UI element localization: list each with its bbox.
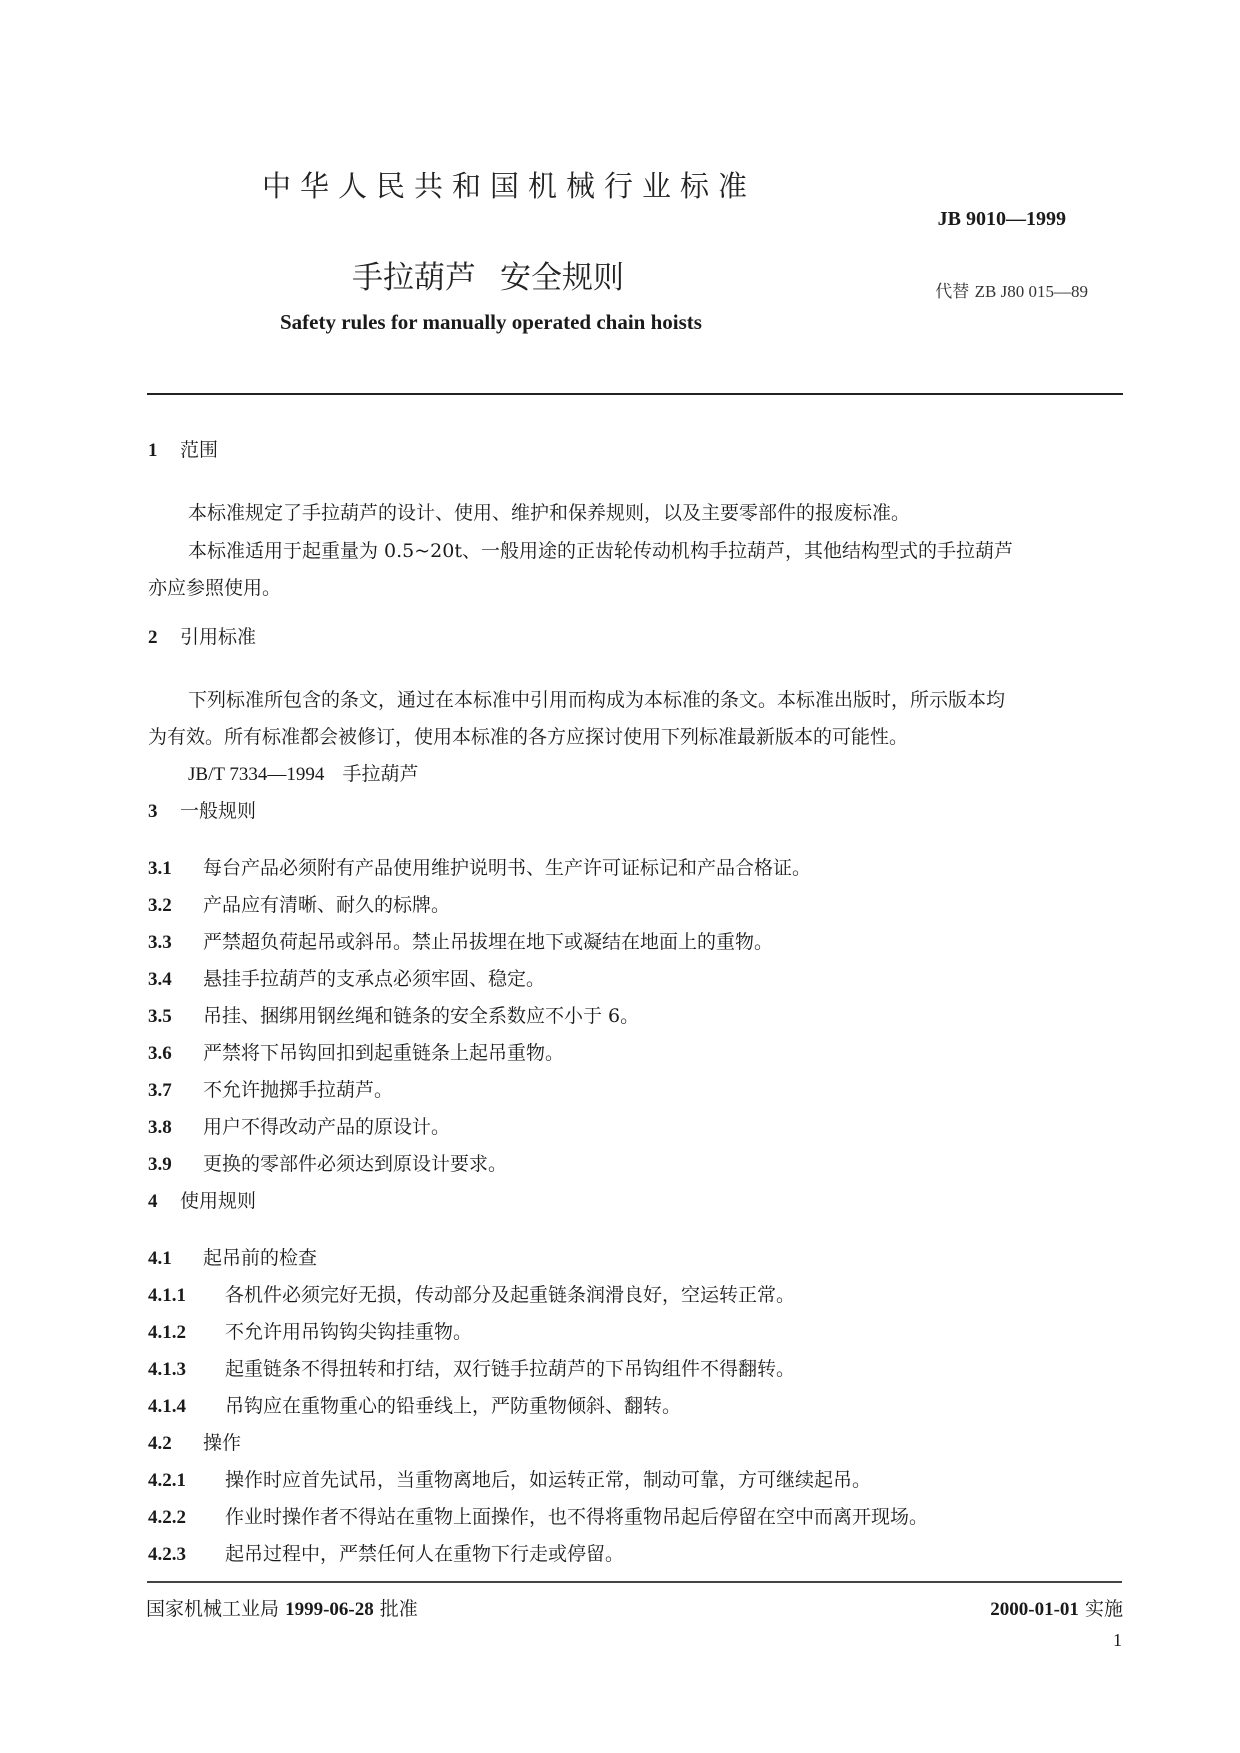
clause-text: 吊挂、捆绑用钢丝绳和链条的安全系数应不小于 6。 — [203, 1005, 639, 1027]
paragraph: 下列标准所包含的条文，通过在本标准中引用而构成为本标准的条文。本标准出版时，所示… — [188, 682, 1163, 719]
clause-3-6: 3.6严禁将下吊钩回扣到起重链条上起吊重物。 — [148, 1035, 564, 1072]
clause-4-2-2: 4.2.2作业时操作者不得站在重物上面操作，也不得将重物吊起后停留在空中而离开现… — [148, 1499, 928, 1536]
paragraph-continuation: 亦应参照使用。 — [148, 570, 1123, 607]
title-part-1: 手拉葫芦 — [352, 260, 476, 296]
clause-number: 4.2.3 — [148, 1536, 225, 1573]
subsection-number: 4.2 — [148, 1425, 203, 1462]
paragraph: 本标准适用于起重量为 0.5~20t、一般用途的正齿轮传动机构手拉葫芦，其他结构… — [188, 533, 1163, 570]
clause-text: 操作时应首先试吊，当重物离地后，如运转正常，制动可靠，方可继续起吊。 — [225, 1469, 871, 1491]
subsection-title: 起吊前的检查 — [203, 1247, 317, 1269]
section-heading-3: 3一般规则 — [148, 793, 256, 830]
clause-text: 作业时操作者不得站在重物上面操作，也不得将重物吊起后停留在空中而离开现场。 — [225, 1506, 928, 1528]
clause-number: 4.2.2 — [148, 1499, 225, 1536]
clause-number: 3.1 — [148, 850, 203, 887]
issuing-authority-title: 中华人民共和国机械行业标准 — [262, 164, 756, 205]
effective-label: 实施 — [1085, 1598, 1123, 1620]
clause-text: 起重链条不得扭转和打结，双行链手拉葫芦的下吊钩组件不得翻转。 — [225, 1358, 795, 1380]
clause-number: 3.8 — [148, 1109, 203, 1146]
clause-3-3: 3.3严禁超负荷起吊或斜吊。禁止吊拔埋在地下或凝结在地面上的重物。 — [148, 924, 773, 961]
section-number: 3 — [148, 793, 180, 830]
referenced-standard-code: JB/T 7334—1994 — [188, 764, 324, 785]
clause-text: 起吊过程中，严禁任何人在重物下行走或停留。 — [225, 1543, 624, 1565]
clause-text: 严禁超负荷起吊或斜吊。禁止吊拔埋在地下或凝结在地面上的重物。 — [203, 931, 773, 953]
clause-4-2-3: 4.2.3起吊过程中，严禁任何人在重物下行走或停留。 — [148, 1536, 624, 1573]
effective-info: 2000-01-01 实施 — [990, 1594, 1123, 1621]
section-heading-1: 1范围 — [148, 432, 218, 469]
clause-4-1-1: 4.1.1各机件必须完好无损，传动部分及起重链条润滑良好，空运转正常。 — [148, 1277, 795, 1314]
paragraph: 本标准规定了手拉葫芦的设计、使用、维护和保养规则，以及主要零部件的报废标准。 — [188, 495, 1163, 532]
clause-text: 每台产品必须附有产品使用维护说明书、生产许可证标记和产品合格证。 — [203, 857, 811, 879]
clause-number: 4.2.1 — [148, 1462, 225, 1499]
effective-date: 2000-01-01 — [990, 1599, 1079, 1620]
replaces-code: ZB J80 015—89 — [975, 282, 1088, 301]
clause-3-2: 3.2产品应有清晰、耐久的标牌。 — [148, 887, 450, 924]
approval-date: 1999-06-28 — [285, 1599, 374, 1620]
section-number: 1 — [148, 432, 180, 469]
section-title: 使用规则 — [180, 1190, 256, 1212]
standard-code: JB 9010—1999 — [938, 208, 1066, 231]
section-title: 一般规则 — [180, 800, 256, 822]
section-title: 范围 — [180, 439, 218, 461]
subsection-number: 4.1 — [148, 1240, 203, 1277]
document-title-cn: 手拉葫芦安全规则 — [352, 252, 624, 297]
subsection-4-1: 4.1起吊前的检查 — [148, 1240, 317, 1277]
clause-number: 4.1.1 — [148, 1277, 225, 1314]
section-number: 4 — [148, 1183, 180, 1220]
clause-text: 悬挂手拉葫芦的支承点必须牢固、稳定。 — [203, 968, 545, 990]
clause-3-9: 3.9更换的零部件必须达到原设计要求。 — [148, 1146, 507, 1183]
section-title: 引用标准 — [180, 626, 256, 648]
clause-3-1: 3.1每台产品必须附有产品使用维护说明书、生产许可证标记和产品合格证。 — [148, 850, 811, 887]
clause-text: 吊钩应在重物重心的铅垂线上，严防重物倾斜、翻转。 — [225, 1395, 681, 1417]
paragraph-continuation: 为有效。所有标准都会被修订，使用本标准的各方应探讨使用下列标准最新版本的可能性。 — [148, 719, 1123, 756]
clause-3-8: 3.8用户不得改动产品的原设计。 — [148, 1109, 450, 1146]
issuer: 国家机械工业局 — [146, 1598, 279, 1620]
subsection-4-2: 4.2操作 — [148, 1425, 241, 1462]
replaces-label: 代替 — [935, 282, 969, 302]
clause-text: 更换的零部件必须达到原设计要求。 — [203, 1153, 507, 1175]
clause-text: 产品应有清晰、耐久的标牌。 — [203, 894, 450, 916]
clause-number: 3.4 — [148, 961, 203, 998]
clause-4-1-2: 4.1.2不允许用吊钩钩尖钩挂重物。 — [148, 1314, 472, 1351]
section-heading-4: 4使用规则 — [148, 1183, 256, 1220]
clause-4-2-1: 4.2.1操作时应首先试吊，当重物离地后，如运转正常，制动可靠，方可继续起吊。 — [148, 1462, 871, 1499]
clause-number: 3.2 — [148, 887, 203, 924]
clause-number: 4.1.3 — [148, 1351, 225, 1388]
clause-number: 4.1.2 — [148, 1314, 225, 1351]
clause-4-1-3: 4.1.3起重链条不得扭转和打结，双行链手拉葫芦的下吊钩组件不得翻转。 — [148, 1351, 795, 1388]
clause-3-7: 3.7不允许抛掷手拉葫芦。 — [148, 1072, 393, 1109]
clause-4-1-4: 4.1.4吊钩应在重物重心的铅垂线上，严防重物倾斜、翻转。 — [148, 1388, 681, 1425]
clause-text: 各机件必须完好无损，传动部分及起重链条润滑良好，空运转正常。 — [225, 1284, 795, 1306]
referenced-standard-title: 手拉葫芦 — [342, 763, 418, 785]
clause-3-5: 3.5吊挂、捆绑用钢丝绳和链条的安全系数应不小于 6。 — [148, 998, 639, 1035]
clause-3-4: 3.4悬挂手拉葫芦的支承点必须牢固、稳定。 — [148, 961, 545, 998]
approval-label: 批准 — [380, 1598, 418, 1620]
clause-text: 不允许抛掷手拉葫芦。 — [203, 1079, 393, 1101]
clause-text: 严禁将下吊钩回扣到起重链条上起吊重物。 — [203, 1042, 564, 1064]
replaces-note: 代替 ZB J80 015—89 — [935, 277, 1088, 302]
document-title-en: Safety rules for manually operated chain… — [280, 310, 702, 335]
clause-number: 3.5 — [148, 998, 203, 1035]
clause-number: 3.6 — [148, 1035, 203, 1072]
clause-number: 3.9 — [148, 1146, 203, 1183]
clause-number: 4.1.4 — [148, 1388, 225, 1425]
clause-text: 不允许用吊钩钩尖钩挂重物。 — [225, 1321, 472, 1343]
title-part-2: 安全规则 — [500, 260, 624, 296]
approval-info: 国家机械工业局 1999-06-28 批准 — [146, 1594, 418, 1621]
page-number: 1 — [1113, 1630, 1122, 1651]
footer-divider — [147, 1581, 1122, 1583]
clause-number: 3.3 — [148, 924, 203, 961]
subsection-title: 操作 — [203, 1432, 241, 1454]
section-number: 2 — [148, 619, 180, 656]
section-heading-2: 2引用标准 — [148, 619, 256, 656]
clause-number: 3.7 — [148, 1072, 203, 1109]
clause-text: 用户不得改动产品的原设计。 — [203, 1116, 450, 1138]
header-divider — [147, 393, 1123, 395]
referenced-standard: JB/T 7334—1994 手拉葫芦 — [188, 756, 1163, 793]
